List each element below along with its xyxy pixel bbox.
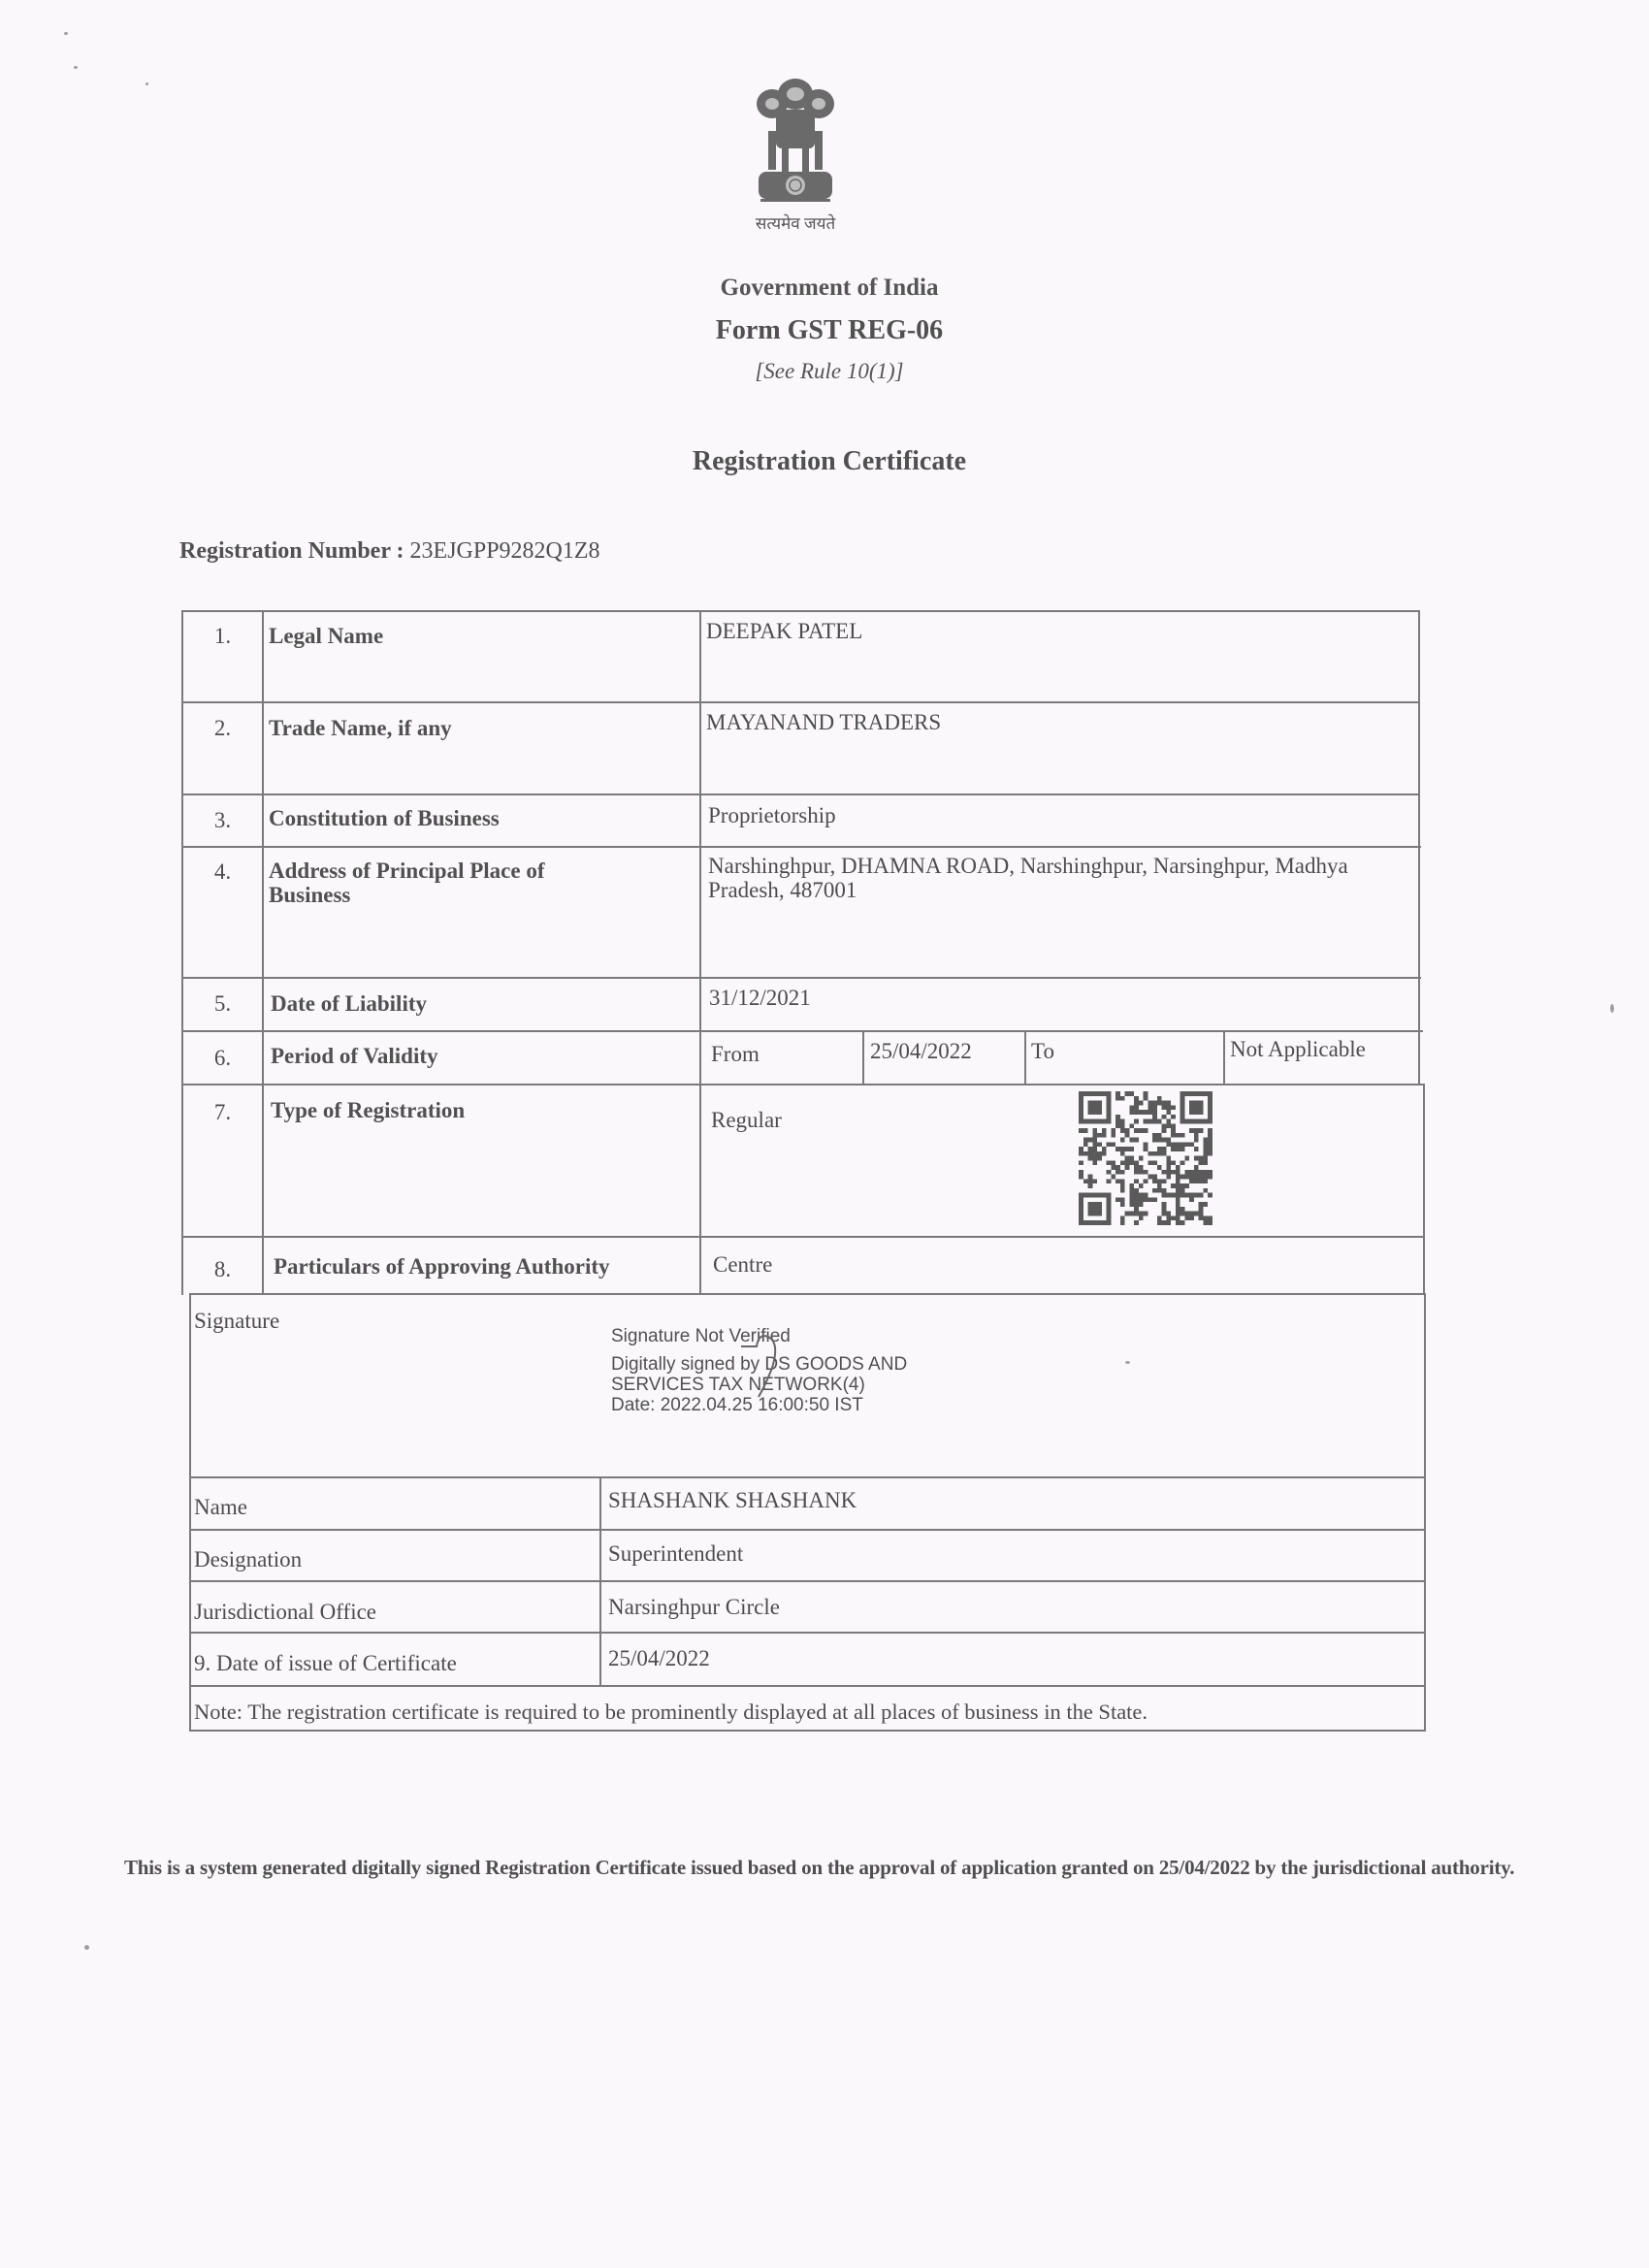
row-number: 6. [182,1045,263,1072]
jurisdictional-office-label: Jurisdictional Office [194,1599,376,1626]
trade-name-value: MAYANAND TRADERS [706,709,941,736]
registration-number: Registration Number : 23EJGPP9282Q1Z8 [179,538,600,565]
row-number: 5. [182,990,263,1018]
national-emblem-icon [747,73,844,209]
qr-code-icon[interactable] [1079,1091,1212,1225]
row-number: 7. [182,1099,263,1126]
legal-name-value: DEEPAK PATEL [706,618,862,645]
row-number: 1. [182,623,263,650]
certificate-title: Registration Certificate [5,446,1649,477]
official-name-value: SHASHANK SHASHANK [608,1487,857,1514]
rule-reference: [See Rule 10(1)] [5,359,1649,384]
validity-from-value: 25/04/2022 [870,1038,972,1065]
registration-number-value: 23EJGPP9282Q1Z8 [410,538,600,564]
row-number: 8. [182,1256,263,1283]
date-of-liability-label: Date of Liability [271,990,427,1018]
validity-to-value: Not Applicable [1230,1036,1366,1063]
address-label: Address of Principal Place of Business [269,859,618,907]
government-heading: Government of India [5,275,1649,302]
signature-label: Signature [194,1308,279,1335]
row-number: 2. [182,715,263,742]
date-of-issue-value: 25/04/2022 [608,1645,710,1672]
legal-name-label: Legal Name [269,623,383,650]
type-of-registration-label: Type of Registration [271,1097,465,1124]
date-of-issue-label: 9. Date of issue of Certificate [194,1650,457,1677]
registration-number-label: Registration Number : [179,538,404,564]
validity-from-label: From [711,1041,760,1068]
address-value: Narshinghpur, DHAMNA ROAD, Narshinghpur,… [708,854,1406,902]
signature-check-mark-icon [737,1329,786,1407]
approving-authority-value: Centre [713,1251,772,1279]
type-of-registration-value: Regular [711,1107,782,1134]
national-motto: सत्यमेव जयते [679,211,912,234]
designation-value: Superintendent [608,1540,743,1568]
constitution-label: Constitution of Business [269,805,500,832]
system-generated-footer: This is a system generated digitally sig… [124,1846,1521,1889]
designation-label: Designation [194,1546,302,1573]
display-note: Note: The registration certificate is re… [194,1699,1148,1726]
jurisdictional-office-value: Narsinghpur Circle [608,1594,780,1621]
row-number: 4. [182,859,263,886]
form-name: Form GST REG-06 [5,315,1649,346]
row-number: 3. [182,807,263,834]
period-of-validity-label: Period of Validity [271,1043,438,1070]
official-name-label: Name [194,1494,247,1521]
constitution-value: Proprietorship [708,802,836,829]
trade-name-label: Trade Name, if any [269,715,452,742]
validity-to-label: To [1031,1038,1054,1065]
date-of-liability-value: 31/12/2021 [709,985,811,1012]
approving-authority-label: Particulars of Approving Authority [274,1253,610,1280]
